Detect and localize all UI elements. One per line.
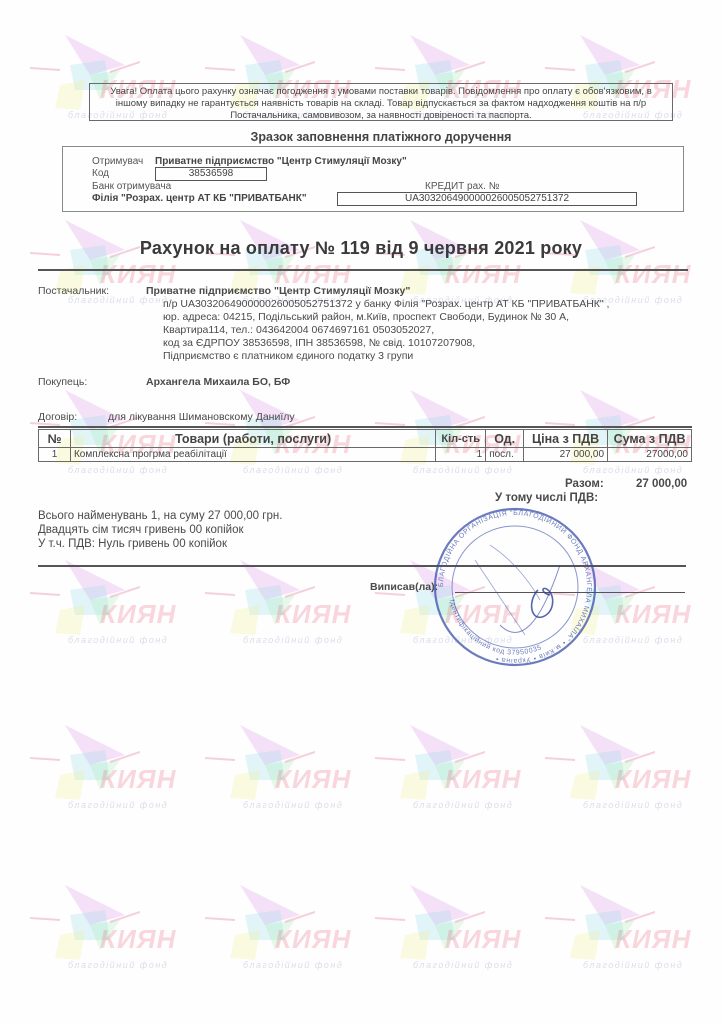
col-header-quantity: Кіл-сть xyxy=(436,430,486,448)
buyer-name: Архангела Михаила БО, БФ xyxy=(146,376,290,389)
bank-value: Філія "Розрах. центр АТ КБ "ПРИВАТБАНК" xyxy=(92,193,307,204)
recipient-label: Отримувач xyxy=(92,156,143,167)
table-row: 1 Комплексна прогрма реабілітації 1 посл… xyxy=(39,448,692,462)
summary-block: Всього найменувань 1, на суму 27 000,00 … xyxy=(38,509,282,551)
payment-sample-title: Зразок заповнення платіжного доручення xyxy=(89,130,673,144)
row-unit: посл. xyxy=(486,448,524,462)
svg-text:БЛАГОДІЙНА ОРГАНІЗАЦІЯ "БЛАГОД: БЛАГОДІЙНА ОРГАНІЗАЦІЯ "БЛАГОДІЙНИЙ ФОНД… xyxy=(438,510,592,664)
row-price: 27 000,00 xyxy=(524,448,608,462)
signature-label: Виписав(ла): xyxy=(370,581,438,594)
table-header-row: № Товари (работи, послуги) Кіл-сть Од. Ц… xyxy=(39,430,692,448)
supplier-tax-line: Підприємство є платником єдиного податку… xyxy=(163,350,609,363)
bank-label: Банк отримувача xyxy=(92,181,171,192)
col-header-unit: Од. xyxy=(486,430,524,448)
col-header-price: Ціна з ПДВ xyxy=(524,430,608,448)
invoice-title: Рахунок на оплату № 119 від 9 червня 202… xyxy=(0,238,722,259)
code-value: 38536598 xyxy=(155,167,267,181)
col-header-goods: Товари (работи, послуги) xyxy=(70,430,435,448)
svg-text:Ідентифікаційний код 37950035: Ідентифікаційний код 37950035 xyxy=(448,599,543,657)
items-table: № Товари (работи, послуги) Кіл-сть Од. Ц… xyxy=(38,429,692,462)
recipient-value: Приватне підприємство "Центр Стимуляції … xyxy=(155,156,407,167)
total-label: Разом: xyxy=(565,478,604,491)
total-value: 27 000,00 xyxy=(636,478,687,491)
title-divider xyxy=(38,269,688,271)
organization-stamp: БЛАГОДІЙНА ОРГАНІЗАЦІЯ "БЛАГОДІЙНИЙ ФОНД… xyxy=(430,505,600,670)
row-number: 1 xyxy=(39,448,71,462)
code-label: Код xyxy=(92,168,109,179)
supplier-codes-line: код за ЄДРПОУ 38536598, ІПН 38536598, № … xyxy=(163,337,609,350)
supplier-phone-line: Квартира114, тел.: 043642004 0674697161 … xyxy=(163,324,609,337)
buyer-label: Покупець: xyxy=(38,376,87,389)
row-quantity: 1 xyxy=(436,448,486,462)
row-item-name: Комплексна прогрма реабілітації xyxy=(70,448,435,462)
vat-label: У тому числі ПДВ: xyxy=(495,492,598,505)
invoice-document: Увага! Оплата цього рахунку означає пого… xyxy=(0,0,722,1024)
contract-divider xyxy=(38,426,692,428)
col-header-number: № xyxy=(39,430,71,448)
credit-label: КРЕДИТ рах. № xyxy=(425,181,499,192)
payment-notice: Увага! Оплата цього рахунку означає пого… xyxy=(89,83,673,121)
credit-account-value: UA303206490000026005052751372 xyxy=(337,192,637,206)
supplier-address-line: юр. адреса: 04215, Подільський район, м.… xyxy=(163,311,609,324)
row-sum: 27000,00 xyxy=(608,448,692,462)
supplier-details: п/р UA303206490000026005052751372 у банк… xyxy=(163,298,609,363)
summary-count-line: Всього найменувань 1, на суму 27 000,00 … xyxy=(38,509,282,523)
contract-label: Договір: xyxy=(38,411,77,424)
summary-vat-line: У т.ч. ПДВ: Нуль гривень 00 копійок xyxy=(38,537,282,551)
supplier-account-line: п/р UA303206490000026005052751372 у банк… xyxy=(163,298,609,311)
contract-value: для лікування Шимановскому Даниїлу xyxy=(108,411,295,424)
col-header-sum: Сума з ПДВ xyxy=(608,430,692,448)
summary-words-line: Двадцять сім тисяч гривень 00 копійок xyxy=(38,523,282,537)
supplier-name: Приватне підприємство "Центр Стимуляції … xyxy=(146,285,410,298)
supplier-label: Постачальник: xyxy=(38,285,109,298)
